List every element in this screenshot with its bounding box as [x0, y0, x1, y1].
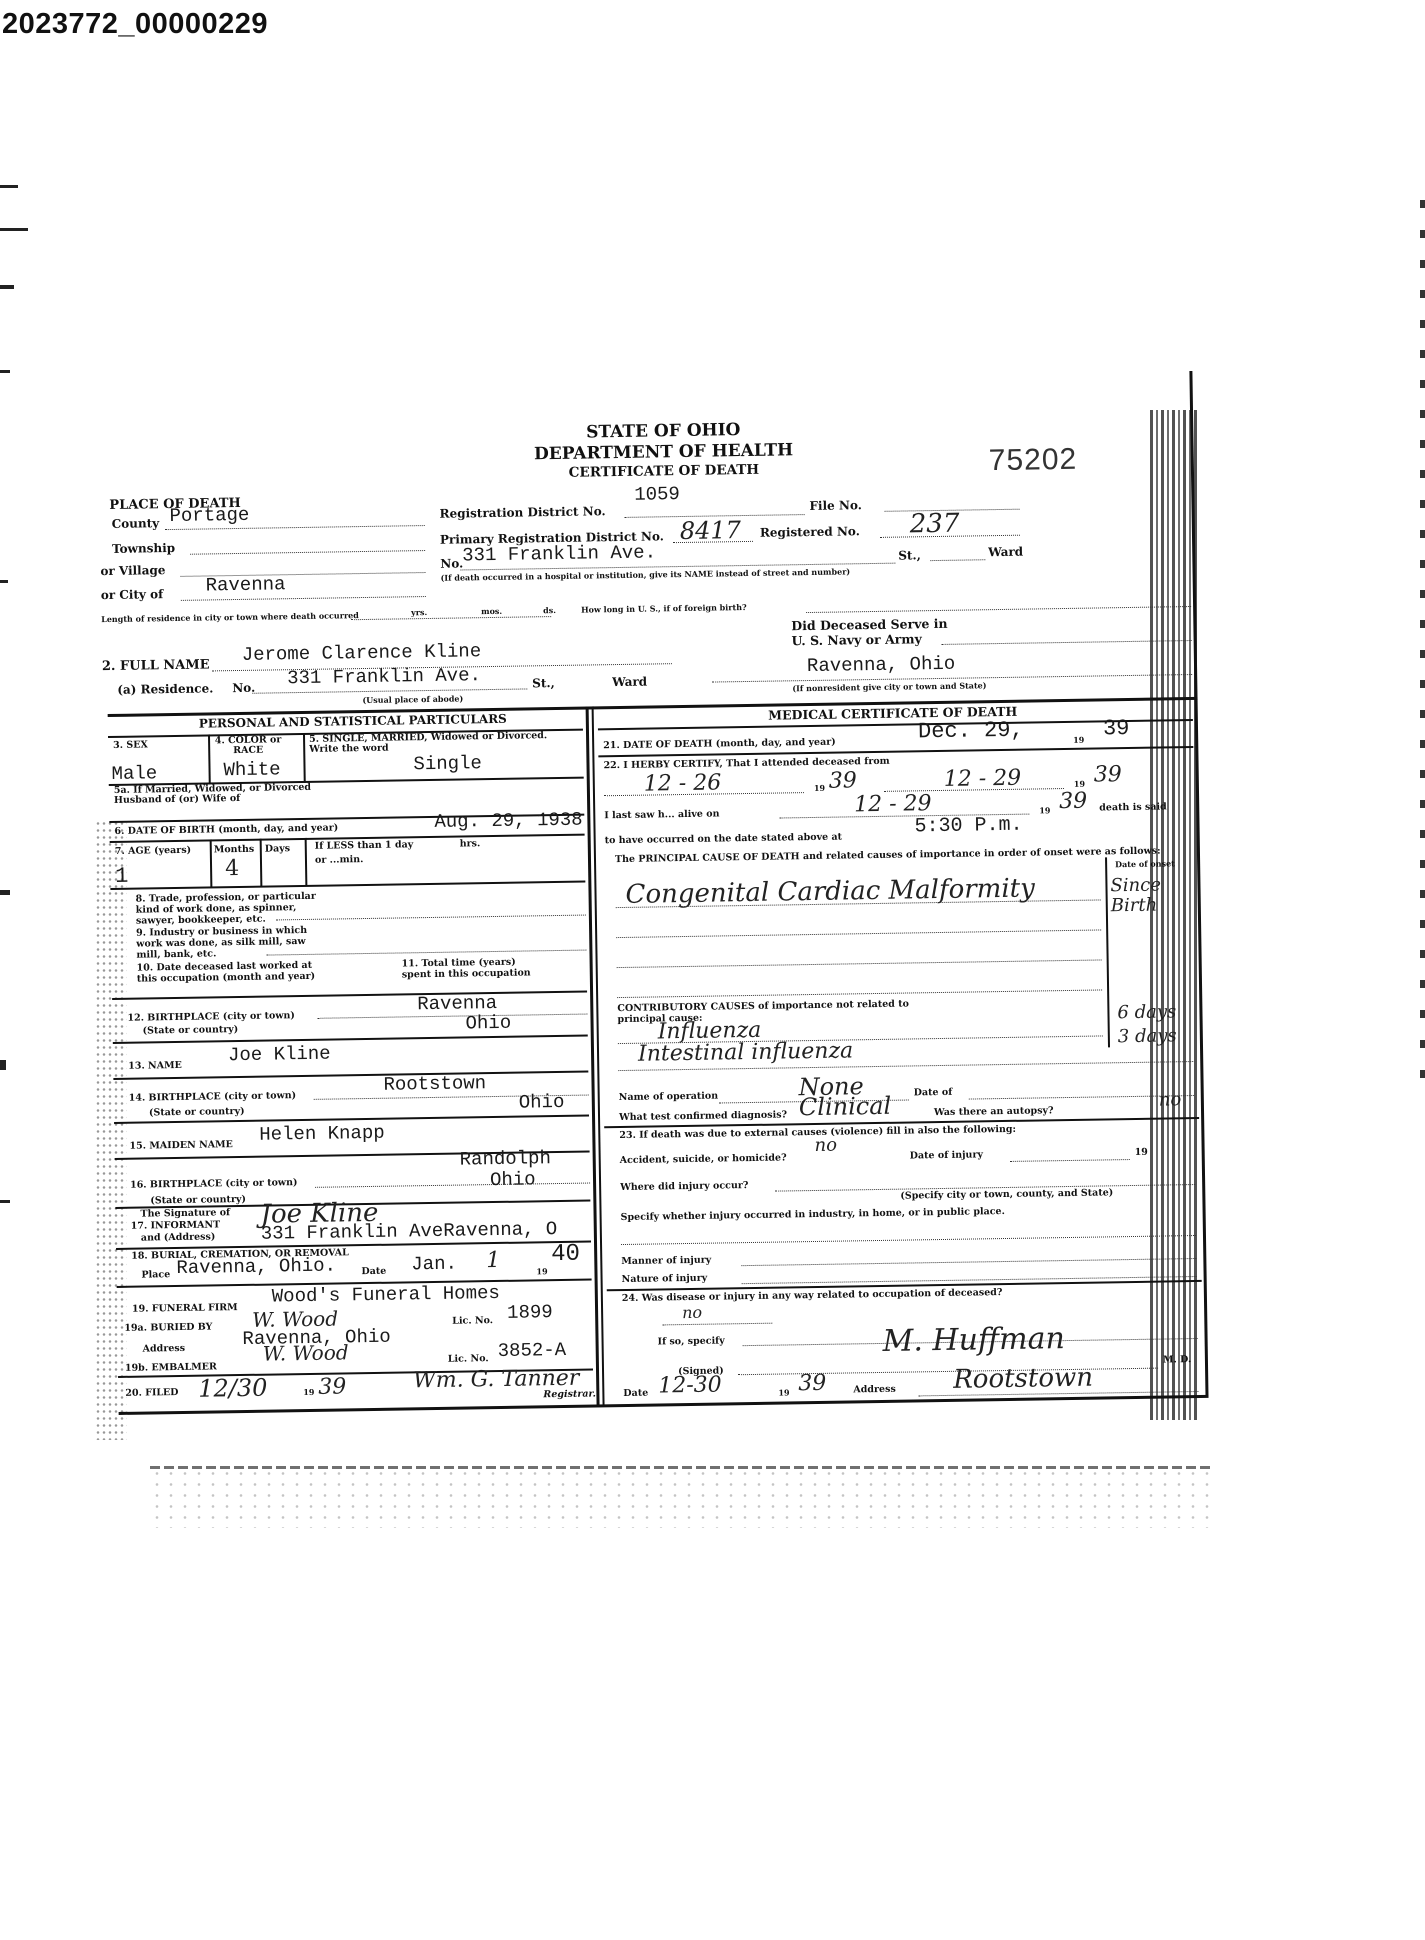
total-time-label: 11. Total time (years) spent in this occ…: [402, 956, 532, 980]
time-of-death-value: 5:30 P.m.: [914, 814, 1022, 839]
burial-year-value: 40: [551, 1241, 580, 1268]
city-value: Ravenna: [205, 573, 285, 596]
divider: [208, 734, 211, 784]
color-value: White: [223, 758, 280, 781]
township-label: Township: [112, 541, 175, 556]
residence-value: 331 Franklin Ave.: [287, 664, 481, 689]
nature-label: Nature of injury: [622, 1273, 708, 1285]
residence-ward-label: Ward: [612, 675, 647, 690]
residence-label: (a) Residence.: [117, 681, 213, 697]
informant-label-3: and (Address): [141, 1231, 216, 1243]
birthplace-state-label: (State or country): [143, 1024, 239, 1037]
contributory-cause-2: Intestinal influenza: [638, 1038, 854, 1066]
occupation-related-value: no: [682, 1303, 702, 1322]
last-worked-label: 10. Date deceased last worked at this oc…: [137, 960, 322, 985]
file-no-label: File No.: [809, 498, 862, 513]
birthplace-state-value: Ohio: [465, 1012, 511, 1035]
funeral-address-label: Address: [143, 1343, 186, 1355]
injury-date-label: Date of injury: [910, 1149, 983, 1161]
divider: [112, 991, 587, 1000]
st-label: St.,: [898, 548, 921, 562]
funeral-lic-label: Lic. No.: [452, 1315, 493, 1327]
foreign-birth-line: [806, 606, 1191, 613]
date-of-death-value: Dec. 29,: [918, 718, 1024, 745]
scan-noise: [150, 1468, 1210, 1528]
accident-label: Accident, suicide, or homicide?: [620, 1152, 787, 1166]
birthplace-label: 12. BIRTHPLACE (city or town): [127, 1010, 295, 1024]
funeral-firm-value: Wood's Funeral Homes: [272, 1282, 500, 1308]
served-label-2: U. S. Navy or Army: [791, 631, 921, 648]
death-year-value: 39: [1103, 716, 1130, 741]
death-certificate: STATE OF OHIO DEPARTMENT OF HEALTH CERTI…: [108, 401, 1234, 1418]
funeral-firm-label: 19. FUNERAL FIRM: [132, 1302, 238, 1315]
right-border: [1189, 371, 1208, 1396]
contributory-onset-2: 3 days: [1118, 1025, 1177, 1047]
signed-year-prefix: 19: [778, 1387, 789, 1397]
spouse-label: 5a. If Married, Widowed, or Divorced Hus…: [114, 783, 314, 806]
filed-year-prefix: 19: [303, 1387, 314, 1397]
ds-label: ds.: [543, 605, 556, 615]
where-label: Where did injury occur?: [620, 1180, 748, 1193]
contributory-onset-1: 6 days: [1117, 1001, 1176, 1023]
filed-date-value: 12/30: [198, 1374, 268, 1403]
to-year-prefix: 19: [1074, 779, 1085, 789]
less-than-day-label: If LESS than 1 day: [315, 839, 414, 852]
sex-label: 3. SEX: [113, 739, 148, 751]
onset-column-divider: [1105, 857, 1110, 1047]
hrs-label: hrs.: [460, 838, 481, 849]
dob-label: 6. DATE OF BIRTH (month, day, and year): [114, 822, 338, 837]
county-value: Portage: [169, 504, 249, 527]
county-label: County: [112, 516, 160, 531]
ward-label: Ward: [988, 545, 1023, 560]
md-label: M. D.: [1163, 1354, 1192, 1365]
mother-maiden-name-value: Helen Knapp: [259, 1122, 385, 1146]
cause-line: [617, 989, 1102, 998]
min-label: or ...min.: [315, 854, 364, 866]
occupation-related-line: [662, 1323, 772, 1326]
divider: [113, 1035, 588, 1044]
burial-year-prefix: 19: [536, 1266, 547, 1276]
filed-label: 20. FILED: [125, 1387, 178, 1399]
embalmer-lic-value: 3852-A: [498, 1339, 567, 1362]
divider: [305, 838, 308, 886]
divider: [113, 1071, 588, 1080]
autopsy-label: Was there an autopsy?: [934, 1105, 1054, 1118]
father-name-value: Joe Kline: [228, 1043, 331, 1067]
marital-label: 5. SINGLE, MARRIED, Widowed or Divorced.…: [309, 731, 579, 755]
last-saw-year-value: 39: [1059, 789, 1087, 814]
physician-signature: M. Huffman: [882, 1321, 1065, 1359]
residence-length-label: Length of residence in city or town wher…: [101, 610, 359, 624]
days-label: Days: [265, 843, 290, 854]
injury-date-line: [1010, 1159, 1130, 1162]
principal-onset-value: Since Birth: [1110, 875, 1191, 916]
divider: [303, 733, 306, 783]
physician-address-value: Rootstown: [953, 1363, 1093, 1395]
file-number-stamp: 75202: [989, 443, 1078, 478]
registered-no-label: Registered No.: [760, 524, 860, 540]
age-months-value: 4: [225, 856, 239, 881]
embalmer-label: 19b. EMBALMER: [125, 1361, 217, 1373]
usual-abode-note: (Usual place of abode): [362, 693, 463, 705]
industry-label: 9. Industry or business in which work wa…: [136, 925, 321, 961]
full-name-label: 2. FULL NAME: [102, 657, 210, 674]
mother-birthplace-label: 16. BIRTHPLACE (city or town): [130, 1177, 298, 1191]
last-saw-label: I last saw h... alive on: [604, 808, 719, 821]
divider: [110, 881, 585, 890]
operation-label: Name of operation: [619, 1091, 719, 1104]
ward-line: [930, 559, 985, 561]
test-value: Clinical: [799, 1092, 892, 1121]
burial-place-label: Place: [141, 1269, 170, 1280]
mother-birthplace-state-value: Ohio: [490, 1168, 536, 1191]
city-label: or City of: [101, 587, 164, 602]
dob-value: Aug. 29, 1938: [434, 809, 583, 833]
age-label: 7. AGE (years): [115, 845, 191, 857]
served-line: [942, 640, 1192, 645]
physician-address-label: Address: [853, 1384, 896, 1396]
manner-label: Manner of injury: [621, 1255, 711, 1267]
nonresident-note: (If nonresident give city or town and St…: [792, 680, 986, 693]
city-line: [181, 596, 426, 601]
injury-year-prefix: 19: [1135, 1147, 1148, 1158]
operation-date-label: Date of: [914, 1087, 953, 1099]
margin-mark: [1420, 200, 1425, 1100]
manner-line: [741, 1258, 1196, 1266]
last-saw-date-value: 12 - 29: [854, 791, 932, 817]
from-year-value: 39: [829, 768, 857, 793]
divider: [210, 839, 213, 887]
certificate-title: CERTIFICATE OF DEATH: [509, 461, 819, 482]
if-so-label: If so, specify: [657, 1335, 724, 1347]
cause-line: [616, 929, 1101, 938]
document-id: 2023772_00000229: [2, 8, 268, 41]
date-of-death-label: 21. DATE OF DEATH (month, day, and year): [603, 737, 836, 752]
informant-label-2: 17. INFORMANT: [131, 1219, 221, 1231]
mother-maiden-name-label: 15. MAIDEN NAME: [129, 1139, 233, 1152]
embalmer-signature: W. Wood: [263, 1340, 349, 1365]
informant-address-value: 331 Franklin AveRavenna, O: [261, 1218, 558, 1245]
accident-value: no: [814, 1135, 837, 1156]
burial-date-label: Date: [361, 1266, 386, 1277]
margin-mark: [0, 580, 8, 583]
color-label: 4. COLOR or RACE: [213, 735, 283, 756]
test-label: What test confirmed diagnosis?: [619, 1109, 787, 1123]
full-name-value: Jerome Clarence Kline: [242, 640, 482, 666]
signed-year-value: 39: [798, 1371, 826, 1396]
father-name-label: 13. NAME: [128, 1060, 182, 1072]
margin-mark: [0, 228, 28, 231]
onset-label: Date of onset: [1115, 858, 1175, 869]
father-birthplace-label: 14. BIRTHPLACE (city or town): [129, 1090, 297, 1104]
residence-city-value: Ravenna, Ohio: [807, 653, 956, 677]
registration-district-label: Registration District No.: [439, 504, 605, 521]
mother-birthplace-line: [315, 1183, 590, 1188]
yrs-label: yrs.: [411, 607, 427, 617]
foreign-birth-label: How long in U. S., if of foreign birth?: [581, 602, 747, 615]
occurred-label: to have occurred on the date stated abov…: [605, 832, 842, 847]
margin-mark: [0, 185, 18, 188]
sex-value: Male: [111, 762, 157, 785]
informant-label-1: The Signature of: [140, 1207, 230, 1219]
village-label: or Village: [100, 563, 165, 578]
trade-line: [276, 915, 586, 921]
margin-mark: [0, 285, 14, 289]
death-said-label: death is said: [1099, 801, 1167, 813]
margin-mark: [0, 1060, 6, 1070]
age-years-value: 1: [115, 864, 129, 889]
trade-label: 8. Trade, profession, or particular kind…: [135, 891, 320, 927]
marital-status-value: Single: [413, 752, 482, 775]
autopsy-value: no: [1159, 1089, 1182, 1110]
address-value: 331 Franklin Ave.: [462, 541, 656, 566]
township-line: [190, 550, 425, 555]
from-year-prefix: 19: [814, 783, 825, 793]
months-label: Months: [214, 844, 255, 856]
cause-line: [617, 959, 1102, 968]
residence-st-label: St.,: [532, 676, 555, 690]
margin-mark: [0, 1200, 10, 1203]
registrar-label: Registrar.: [543, 1388, 596, 1400]
death-year-prefix: 19: [1073, 735, 1084, 745]
residence-line: [252, 688, 527, 693]
father-state-label: (State or country): [149, 1106, 245, 1119]
registration-district-value: 1059: [634, 483, 680, 506]
embalmer-lic-label: Lic. No.: [448, 1353, 489, 1365]
mos-label: mos.: [481, 606, 502, 616]
where-note: (Specify city or town, county, and State…: [900, 1187, 1113, 1201]
signed-date-value: 12-30: [658, 1372, 722, 1398]
burial-date-day: 1: [486, 1248, 500, 1273]
residence-length-line: [351, 616, 551, 620]
filed-year-value: 39: [318, 1374, 346, 1399]
father-birthplace-state-value: Ohio: [519, 1091, 565, 1114]
father-birthplace-city-value: Rootstown: [383, 1072, 486, 1096]
buried-by-label: 19a. BURIED BY: [124, 1321, 212, 1333]
to-year-value: 39: [1094, 762, 1122, 787]
burial-date-month: Jan.: [411, 1253, 457, 1276]
margin-mark: [0, 890, 10, 895]
funeral-lic-value: 1899: [507, 1301, 553, 1324]
margin-mark: [0, 370, 10, 373]
served-label-1: Did Deceased Serve in: [791, 616, 947, 633]
industry-note: Specify whether injury occurred in indus…: [621, 1206, 1005, 1223]
last-saw-year-prefix: 19: [1039, 805, 1050, 815]
burial-place-value: Ravenna, Ohio.: [176, 1255, 336, 1280]
signed-date-label: Date: [623, 1388, 648, 1399]
principal-cause-label: The PRINCIPAL CAUSE OF DEATH and related…: [615, 845, 1175, 865]
industry-note-line: [621, 1235, 1196, 1245]
divider: [260, 839, 263, 887]
mother-birthplace-city-value: Randolph: [460, 1147, 552, 1170]
